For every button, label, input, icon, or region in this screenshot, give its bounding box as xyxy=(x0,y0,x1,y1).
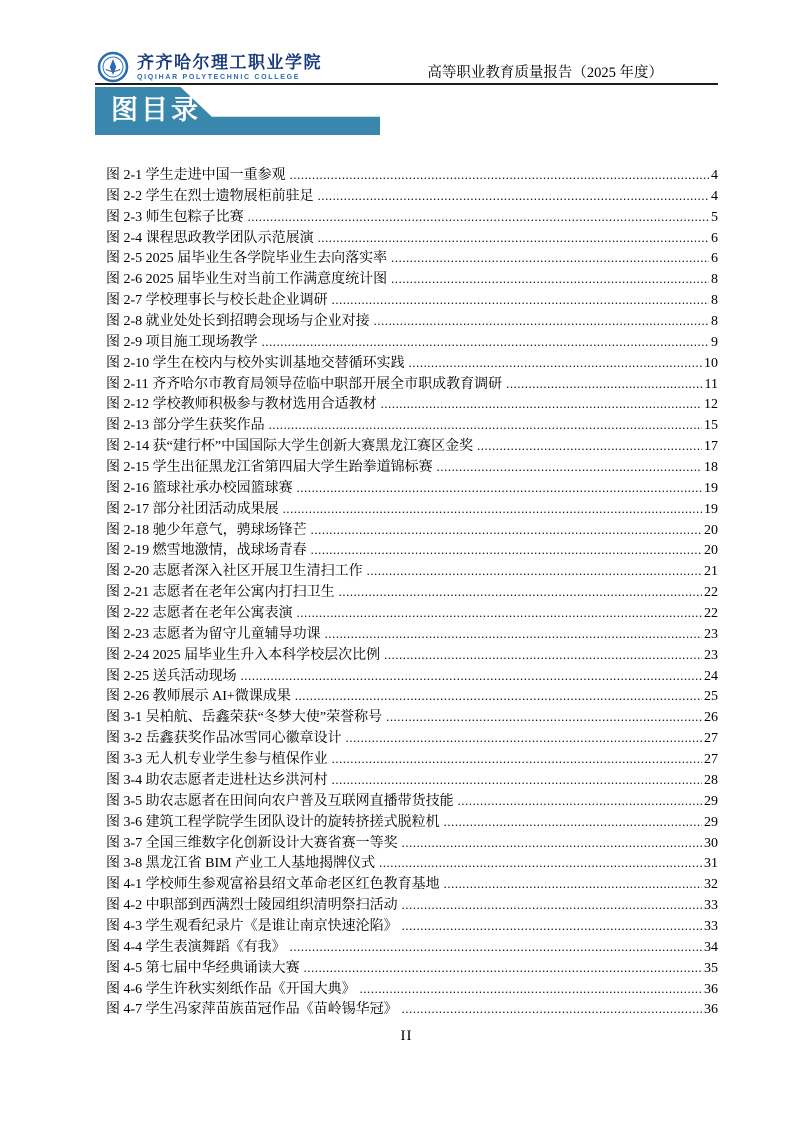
toc-entry-label: 图 4-5 第七届中华经典诵读大赛 xyxy=(106,959,300,980)
toc-entry-label: 图 2-11 齐齐哈尔市教育局领导莅临中职部开展全市职成教育调研 xyxy=(106,375,502,396)
toc-entry-dots xyxy=(367,561,702,583)
toc-entry-page: 19 xyxy=(704,479,718,500)
toc-entry-label: 图 3-3 无人机专业学生参与植保作业 xyxy=(106,750,328,771)
college-name-block: 齐齐哈尔理工职业学院 QIQIHAR POLYTECHNIC COLLEGE xyxy=(137,54,322,81)
toc-entry[interactable]: 图 2-16 篮球社承办校园篮球赛 19 xyxy=(106,478,718,499)
toc-entry-label: 图 4-7 学生冯家萍苗族苗冠作品《苗岭锡华冠》 xyxy=(106,1000,398,1021)
toc-entry-label: 图 2-25 送兵活动现场 xyxy=(106,667,237,688)
toc-entry-dots xyxy=(360,979,702,1001)
college-logo-icon xyxy=(97,51,129,83)
toc-entry-page: 28 xyxy=(704,771,718,792)
toc-entry[interactable]: 图 2-14 获“建行杯”中国国际大学生创新大赛黑龙江赛区金奖 17 xyxy=(106,436,718,457)
toc-entry-page: 20 xyxy=(704,521,718,542)
toc-entry-label: 图 3-5 助农志愿者在田间向农户普及互联网直播带货技能 xyxy=(106,792,454,813)
toc-entry[interactable]: 图 3-6 建筑工程学院学生团队设计的旋转挤搓式脱粒机 29 xyxy=(106,812,718,833)
toc-entry-page: 4 xyxy=(711,166,718,187)
toc-entry-label: 图 2-19 燃雪地激情，战球场青春 xyxy=(106,541,307,562)
toc-entry-label: 图 2-4 课程思政教学团队示范展演 xyxy=(106,229,314,250)
toc-entry[interactable]: 图 2-4 课程思政教学团队示范展演 6 xyxy=(106,228,718,249)
toc-entry-page: 9 xyxy=(711,333,718,354)
toc-entry[interactable]: 图 2-26 教师展示 AI+微课成果 25 xyxy=(106,686,718,707)
toc-entry[interactable]: 图 2-9 项目施工现场教学 9 xyxy=(106,332,718,353)
toc-entry-label: 图 3-4 助农志愿者走进杜达乡洪河村 xyxy=(106,771,328,792)
toc-entry-page: 29 xyxy=(704,813,718,834)
toc-entry-page: 29 xyxy=(704,792,718,813)
toc-entry-label: 图 4-2 中职部到西满烈士陵园组织清明祭扫活动 xyxy=(106,896,398,917)
page-number: II xyxy=(401,1028,413,1044)
toc-entry-label: 图 2-23 志愿者为留守儿童辅导功课 xyxy=(106,625,321,646)
toc-entry-page: 25 xyxy=(704,687,718,708)
toc-entry-dots xyxy=(444,812,702,834)
toc-entry-dots xyxy=(386,707,702,729)
toc-entry-dots xyxy=(402,999,702,1021)
toc-entry-label: 图 2-7 学校理事长与校长赴企业调研 xyxy=(106,291,328,312)
toc-entry-page: 33 xyxy=(704,917,718,938)
toc-entry[interactable]: 图 4-5 第七届中华经典诵读大赛 35 xyxy=(106,958,718,979)
toc-entry-label: 图 3-7 全国三维数字化创新设计大赛省赛一等奖 xyxy=(106,834,398,855)
toc-entry[interactable]: 图 2-20 志愿者深入社区开展卫生清扫工作 21 xyxy=(106,561,718,582)
toc-entry-page: 23 xyxy=(704,646,718,667)
toc-entry-label: 图 2-24 2025 届毕业生升入本科学校层次比例 xyxy=(106,646,380,667)
toc-entry[interactable]: 图 2-5 2025 届毕业生各学院毕业生去向落实率 6 xyxy=(106,248,718,269)
toc-entry-page: 8 xyxy=(711,270,718,291)
document-page: 齐齐哈尔理工职业学院 QIQIHAR POLYTECHNIC COLLEGE 高… xyxy=(0,0,793,1122)
toc-entry-label: 图 2-16 篮球社承办校园篮球赛 xyxy=(106,479,293,500)
toc-entry-page: 8 xyxy=(711,291,718,312)
toc-entry-dots xyxy=(248,207,709,229)
toc-entry-page: 34 xyxy=(704,938,718,959)
toc-entry[interactable]: 图 2-6 2025 届毕业生对当前工作满意度统计图 8 xyxy=(106,269,718,290)
toc-entry-dots xyxy=(311,540,702,562)
toc-entry-page: 24 xyxy=(704,667,718,688)
toc-entry[interactable]: 图 2-11 齐齐哈尔市教育局领导莅临中职部开展全市职成教育调研 11 xyxy=(106,374,718,395)
toc-entry-dots xyxy=(325,624,702,646)
toc-entry-dots xyxy=(384,645,702,667)
toc-entry-page: 32 xyxy=(704,875,718,896)
toc-entry-page: 5 xyxy=(711,208,718,229)
toc-entry-dots xyxy=(332,749,702,771)
toc-entry-page: 31 xyxy=(704,854,718,875)
figure-toc-list: 图 2-1 学生走进中国一重参观 4 图 2-2 学生在烈士遗物展柜前驻足 4 … xyxy=(106,165,718,1020)
toc-entry-dots xyxy=(297,478,702,500)
header-divider xyxy=(95,83,718,85)
toc-entry-page: 22 xyxy=(704,604,718,625)
toc-entry[interactable]: 图 4-7 学生冯家萍苗族苗冠作品《苗岭锡华冠》 36 xyxy=(106,999,718,1020)
page-footer: II xyxy=(95,1028,718,1045)
toc-entry-dots xyxy=(381,394,702,416)
toc-entry-label: 图 2-10 学生在校内与校外实训基地交替循环实践 xyxy=(106,354,405,375)
toc-entry[interactable]: 图 2-25 送兵活动现场 24 xyxy=(106,666,718,687)
toc-entry-page: 23 xyxy=(704,625,718,646)
toc-entry-label: 图 2-6 2025 届毕业生对当前工作满意度统计图 xyxy=(106,270,387,291)
toc-entry[interactable]: 图 2-15 学生出征黑龙江省第四届大学生跆拳道锦标赛 18 xyxy=(106,457,718,478)
toc-entry[interactable]: 图 3-7 全国三维数字化创新设计大赛省赛一等奖 30 xyxy=(106,833,718,854)
toc-entry-dots xyxy=(391,269,709,291)
toc-entry-dots xyxy=(318,186,709,208)
toc-entry-page: 6 xyxy=(711,249,718,270)
toc-entry-dots xyxy=(346,728,702,750)
toc-entry-dots xyxy=(458,791,702,813)
toc-entry-dots xyxy=(477,436,702,458)
toc-entry[interactable]: 图 3-3 无人机专业学生参与植保作业 27 xyxy=(106,749,718,770)
toc-entry-label: 图 4-4 学生表演舞蹈《有我》 xyxy=(106,938,286,959)
toc-entry-page: 26 xyxy=(704,708,718,729)
toc-entry-page: 27 xyxy=(704,750,718,771)
toc-entry-dots xyxy=(332,770,702,792)
toc-entry-dots xyxy=(391,248,709,270)
toc-entry-dots xyxy=(374,311,709,333)
toc-entry[interactable]: 图 2-1 学生走进中国一重参观 4 xyxy=(106,165,718,186)
section-title: 图目录 xyxy=(111,87,201,133)
toc-entry-page: 36 xyxy=(704,980,718,1001)
toc-entry[interactable]: 图 3-2 岳鑫获奖作品冰雪同心徽章设计 27 xyxy=(106,728,718,749)
toc-entry[interactable]: 图 2-12 学校教师积极参与教材选用合适教材 12 xyxy=(106,394,718,415)
toc-entry-label: 图 4-6 学生许秋实刻纸作品《开国大典》 xyxy=(106,980,356,1001)
toc-entry-label: 图 4-1 学校师生参观富裕县绍文革命老区红色教育基地 xyxy=(106,875,440,896)
toc-entry-label: 图 2-3 师生包粽子比赛 xyxy=(106,208,244,229)
toc-entry-dots xyxy=(339,582,702,604)
toc-entry-label: 图 3-8 黑龙江省 BIM 产业工人基地揭牌仪式 xyxy=(106,854,375,875)
toc-entry-label: 图 2-20 志愿者深入社区开展卫生清扫工作 xyxy=(106,562,363,583)
toc-entry-label: 图 2-26 教师展示 AI+微课成果 xyxy=(106,687,291,708)
toc-entry[interactable]: 图 2-3 师生包粽子比赛 5 xyxy=(106,207,718,228)
toc-entry-label: 图 4-3 学生观看纪录片《是谁让南京快速沦陷》 xyxy=(106,917,398,938)
toc-entry-dots xyxy=(318,228,709,250)
toc-entry-label: 图 3-6 建筑工程学院学生团队设计的旋转挤搓式脱粒机 xyxy=(106,813,440,834)
toc-entry[interactable]: 图 3-4 助农志愿者走进杜达乡洪河村 28 xyxy=(106,770,718,791)
toc-entry-dots xyxy=(409,353,702,375)
toc-entry-label: 图 2-1 学生走进中国一重参观 xyxy=(106,166,286,187)
toc-entry-dots xyxy=(304,958,702,980)
college-brand: 齐齐哈尔理工职业学院 QIQIHAR POLYTECHNIC COLLEGE xyxy=(97,51,322,83)
toc-entry-page: 11 xyxy=(705,375,718,396)
toc-entry[interactable]: 图 2-19 燃雪地激情，战球场青春 20 xyxy=(106,540,718,561)
toc-entry-page: 15 xyxy=(704,416,718,437)
toc-entry-label: 图 2-18 驰少年意气，骋球场锋芒 xyxy=(106,521,307,542)
toc-entry-page: 4 xyxy=(711,187,718,208)
toc-entry[interactable]: 图 2-13 部分学生获奖作品 15 xyxy=(106,415,718,436)
toc-entry-page: 19 xyxy=(704,500,718,521)
toc-entry-page: 20 xyxy=(704,541,718,562)
toc-entry-dots xyxy=(311,520,702,542)
toc-entry-dots xyxy=(402,916,702,938)
toc-entry[interactable]: 图 3-1 吴柏航、岳鑫荣获“冬梦大使”荣誉称号 26 xyxy=(106,707,718,728)
toc-entry[interactable]: 图 3-8 黑龙江省 BIM 产业工人基地揭牌仪式 31 xyxy=(106,853,718,874)
toc-entry-label: 图 2-14 获“建行杯”中国国际大学生创新大赛黑龙江赛区金奖 xyxy=(106,437,473,458)
toc-entry-label: 图 2-15 学生出征黑龙江省第四届大学生跆拳道锦标赛 xyxy=(106,458,433,479)
toc-entry-page: 12 xyxy=(704,395,718,416)
toc-entry-label: 图 2-17 部分社团活动成果展 xyxy=(106,500,279,521)
toc-entry-label: 图 3-1 吴柏航、岳鑫荣获“冬梦大使”荣誉称号 xyxy=(106,708,382,729)
toc-entry-label: 图 3-2 岳鑫获奖作品冰雪同心徽章设计 xyxy=(106,729,342,750)
toc-entry-label: 图 2-9 项目施工现场教学 xyxy=(106,333,258,354)
toc-entry[interactable]: 图 2-10 学生在校内与校外实训基地交替循环实践 10 xyxy=(106,353,718,374)
section-banner: 图目录 xyxy=(95,87,380,135)
toc-entry[interactable]: 图 3-5 助农志愿者在田间向农户普及互联网直播带货技能 29 xyxy=(106,791,718,812)
toc-entry-page: 36 xyxy=(704,1000,718,1021)
toc-entry-label: 图 2-8 就业处处长到招聘会现场与企业对接 xyxy=(106,312,370,333)
toc-entry-dots xyxy=(283,499,702,521)
toc-entry-dots xyxy=(379,853,702,875)
toc-entry-dots xyxy=(506,374,702,396)
toc-entry-dots xyxy=(437,457,702,479)
toc-entry-page: 27 xyxy=(704,729,718,750)
college-name-cn: 齐齐哈尔理工职业学院 xyxy=(137,54,322,72)
toc-entry-dots xyxy=(402,895,702,917)
toc-entry[interactable]: 图 4-3 学生观看纪录片《是谁让南京快速沦陷》 33 xyxy=(106,916,718,937)
toc-entry-label: 图 2-12 学校教师积极参与教材选用合适教材 xyxy=(106,395,377,416)
toc-entry-dots xyxy=(402,833,702,855)
college-name-en: QIQIHAR POLYTECHNIC COLLEGE xyxy=(137,74,322,81)
toc-entry[interactable]: 图 2-23 志愿者为留守儿童辅导功课 23 xyxy=(106,624,718,645)
toc-entry[interactable]: 图 2-2 学生在烈士遗物展柜前驻足 4 xyxy=(106,186,718,207)
toc-entry-dots xyxy=(290,937,702,959)
toc-entry-dots xyxy=(241,666,702,688)
toc-entry-page: 30 xyxy=(704,834,718,855)
toc-entry-page: 35 xyxy=(704,959,718,980)
toc-entry-page: 6 xyxy=(711,229,718,250)
toc-entry[interactable]: 图 4-6 学生许秋实刻纸作品《开国大典》 36 xyxy=(106,979,718,1000)
toc-entry-dots xyxy=(332,290,709,312)
toc-entry-page: 10 xyxy=(704,354,718,375)
toc-entry-page: 21 xyxy=(704,562,718,583)
toc-entry[interactable]: 图 4-4 学生表演舞蹈《有我》 34 xyxy=(106,937,718,958)
toc-entry-dots xyxy=(444,874,702,896)
toc-entry-dots xyxy=(295,686,702,708)
toc-entry[interactable]: 图 4-2 中职部到西满烈士陵园组织清明祭扫活动 33 xyxy=(106,895,718,916)
toc-entry[interactable]: 图 4-1 学校师生参观富裕县绍文革命老区红色教育基地 32 xyxy=(106,874,718,895)
toc-entry-dots xyxy=(297,603,702,625)
toc-entry-label: 图 2-5 2025 届毕业生各学院毕业生去向落实率 xyxy=(106,249,387,270)
toc-entry[interactable]: 图 2-24 2025 届毕业生升入本科学校层次比例 23 xyxy=(106,645,718,666)
toc-entry-page: 22 xyxy=(704,583,718,604)
toc-entry-dots xyxy=(269,415,702,437)
toc-entry-page: 18 xyxy=(704,458,718,479)
toc-entry-label: 图 2-13 部分学生获奖作品 xyxy=(106,416,265,437)
toc-entry-page: 33 xyxy=(704,896,718,917)
toc-entry-label: 图 2-2 学生在烈士遗物展柜前驻足 xyxy=(106,187,314,208)
toc-entry-label: 图 2-21 志愿者在老年公寓内打扫卫生 xyxy=(106,583,335,604)
toc-entry[interactable]: 图 2-7 学校理事长与校长赴企业调研 8 xyxy=(106,290,718,311)
toc-entry[interactable]: 图 2-8 就业处处长到招聘会现场与企业对接 8 xyxy=(106,311,718,332)
toc-entry-page: 8 xyxy=(711,312,718,333)
report-title: 高等职业教育质量报告（2025 年度） xyxy=(427,61,663,82)
toc-entry-dots xyxy=(262,332,709,354)
toc-entry[interactable]: 图 2-22 志愿者在老年公寓表演 22 xyxy=(106,603,718,624)
toc-entry[interactable]: 图 2-18 驰少年意气，骋球场锋芒 20 xyxy=(106,520,718,541)
toc-entry[interactable]: 图 2-17 部分社团活动成果展 19 xyxy=(106,499,718,520)
toc-entry[interactable]: 图 2-21 志愿者在老年公寓内打扫卫生 22 xyxy=(106,582,718,603)
toc-entry-page: 17 xyxy=(704,437,718,458)
toc-entry-dots xyxy=(290,165,709,187)
toc-entry-label: 图 2-22 志愿者在老年公寓表演 xyxy=(106,604,293,625)
